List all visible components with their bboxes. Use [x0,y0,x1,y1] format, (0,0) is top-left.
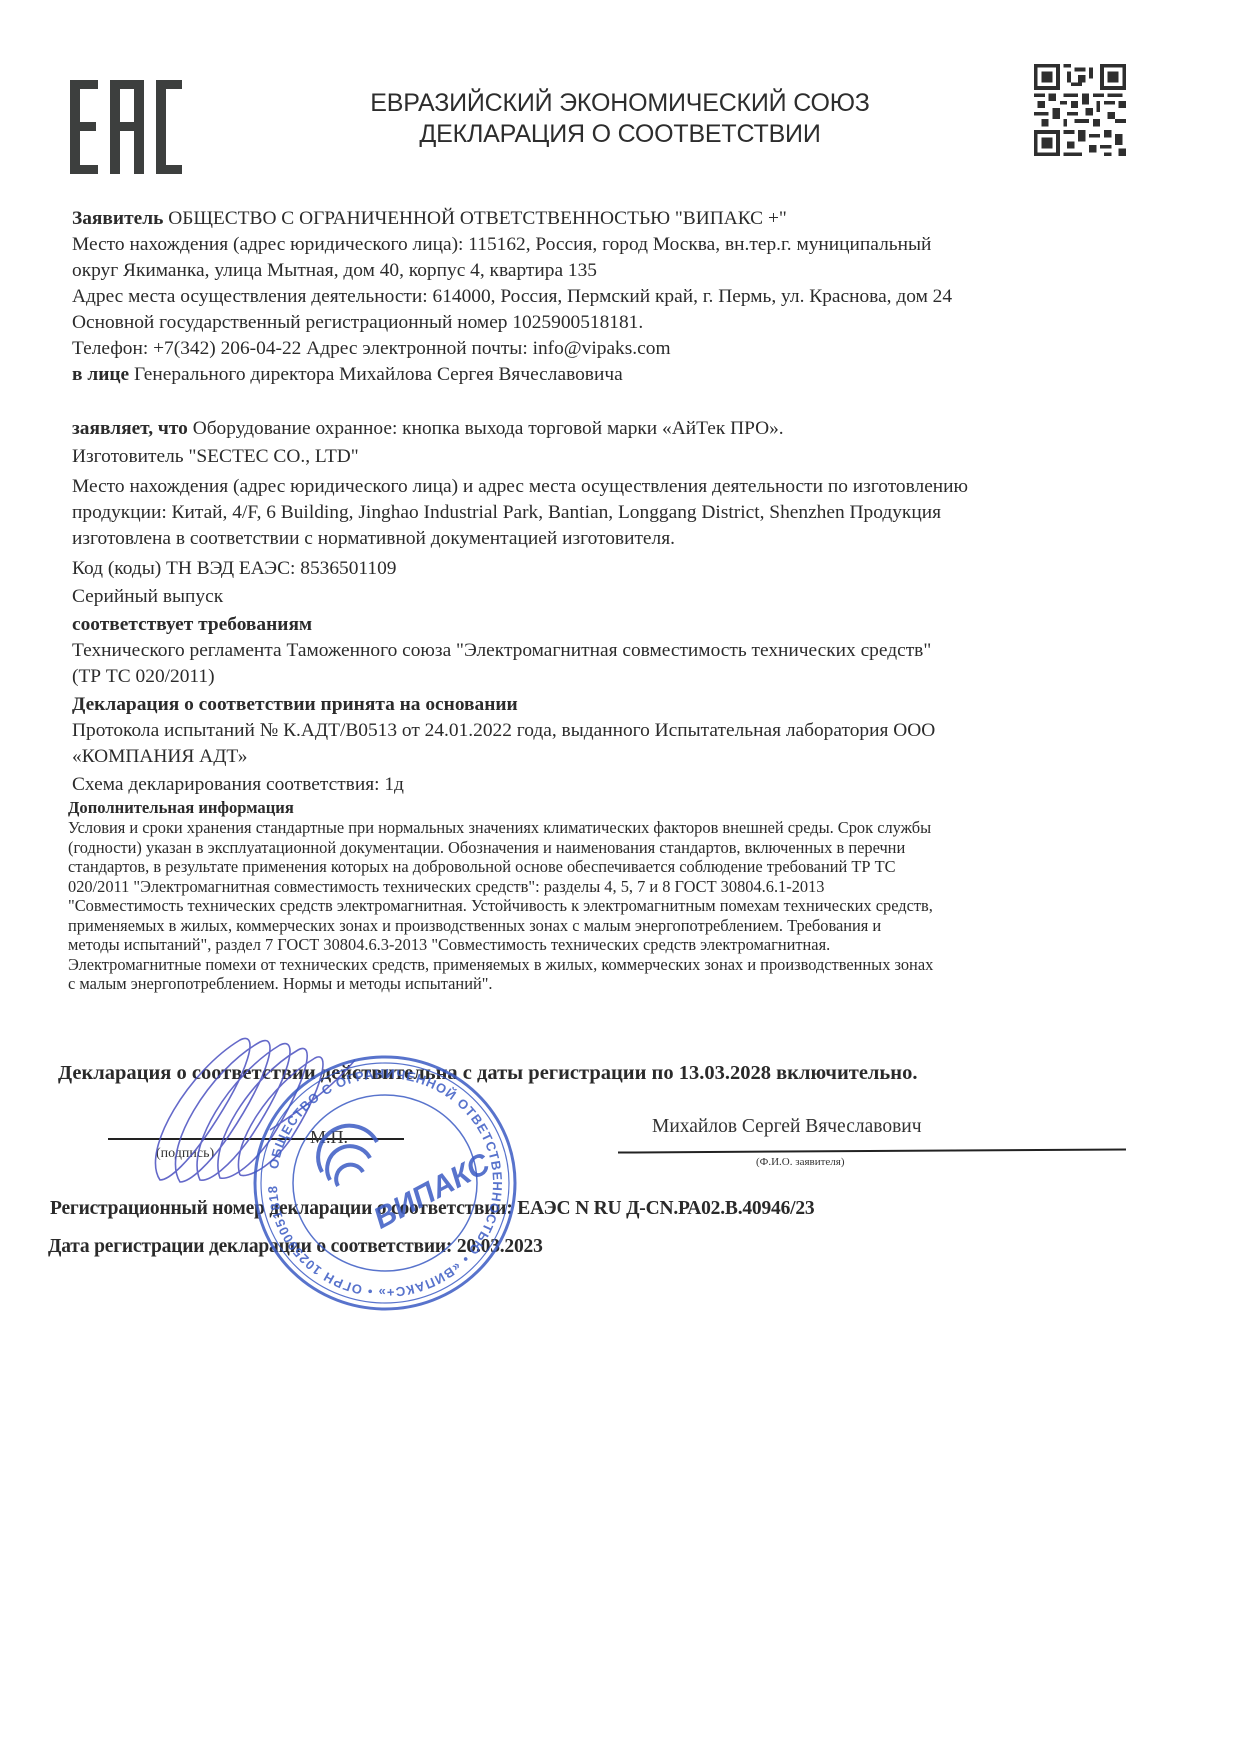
declaration-body: Заявитель ОБЩЕСТВО С ОГРАНИЧЕННОЙ ОТВЕТС… [72,206,1142,994]
additional-info-line: 020/2011 "Электромагнитная совместимость… [68,877,1142,897]
manufacturer: Изготовитель "SECTEC CO., LTD" [72,444,1142,470]
registration-date: Дата регистрации декларации о соответств… [48,1236,543,1258]
applicant-legal-address-2: округ Якиманка, улица Мытная, дом 40, ко… [72,258,1142,284]
applicant-name: ОБЩЕСТВО С ОГРАНИЧЕННОЙ ОТВЕТСТВЕННОСТЬЮ… [163,208,786,229]
applicant-contacts: Телефон: +7(342) 206-04-22 Адрес электро… [72,336,1142,362]
basis-line-1: Протокола испытаний № К.АДТ/В0513 от 24.… [72,718,1142,744]
additional-info-line: с малым энергопотреблением. Нормы и мето… [68,974,1142,994]
applicant-activity-address: Адрес места осуществления деятельности: … [72,284,1142,310]
product-description: Оборудование охранное: кнопка выхода тор… [188,418,784,439]
additional-info-line: Электромагнитные помехи от технических с… [68,955,1142,975]
production-type: Серийный выпуск [72,584,1142,610]
qr-code-icon [1034,64,1126,156]
applicant-line: Заявитель ОБЩЕСТВО С ОГРАНИЧЕННОЙ ОТВЕТС… [72,206,1142,232]
applicant-representative: в лице Генерального директора Михайлова … [72,362,1142,388]
regulation-line-1: Технического регламента Таможенного союз… [72,638,1142,664]
declaration-scheme: Схема декларирования соответствия: 1д [72,772,1142,798]
regulation-line-2: (ТР ТС 020/2011) [72,664,1142,690]
company-stamp-icon: ОБЩЕСТВО С ОГРАНИЧЕННОЙ ОТВЕТСТВЕННОСТЬЮ… [250,1052,520,1314]
union-title: ЕВРАЗИЙСКИЙ ЭКОНОМИЧЕСКИЙ СОЮЗ [260,88,980,119]
additional-info-line: "Совместимость технических средств элект… [68,896,1142,916]
additional-info-line: стандартов, в результате применения кото… [68,857,1142,877]
applicant-signatory-name: Михайлов Сергей Вячеславович [652,1116,922,1138]
registration-number: Регистрационный номер декларации о соотв… [50,1198,814,1220]
document-header: ЕВРАЗИЙСКИЙ ЭКОНОМИЧЕСКИЙ СОЮЗ ДЕКЛАРАЦИ… [260,88,980,150]
represented-by: Генерального директора Михайлова Сергея … [129,364,623,385]
additional-info-line: Условия и сроки хранения стандартные при… [68,818,1142,838]
basis-line-2: «КОМПАНИЯ АДТ» [72,744,1142,770]
declares-line: заявляет, что Оборудование охранное: кно… [72,416,1142,442]
seal-label: М.П. [310,1127,348,1148]
basis-heading: Декларация о соответствии принята на осн… [72,692,1142,718]
tnved-code: Код (коды) ТН ВЭД ЕАЭС: 8536501109 [72,556,1142,582]
signature-caption: (подпись) [156,1146,214,1162]
manufacturer-address-2: продукции: Китай, 4/F, 6 Building, Jingh… [72,500,1142,526]
additional-info-line: методы испытаний", раздел 7 ГОСТ 30804.6… [68,935,1142,955]
document-title: ДЕКЛАРАЦИЯ О СООТВЕТСТВИИ [260,119,980,150]
applicant-legal-address-1: Место нахождения (адрес юридического лиц… [72,232,1142,258]
handwritten-signature-icon [130,1030,360,1190]
declares-label: заявляет, что [72,418,188,439]
manufacturer-address-1: Место нахождения (адрес юридического лиц… [72,474,1142,500]
svg-text:ОБЩЕСТВО С ОГРАНИЧЕННОЙ ОТВЕТС: ОБЩЕСТВО С ОГРАНИЧЕННОЙ ОТВЕТСТВЕННОСТЬЮ… [250,1052,505,1300]
validity-statement: Декларация о соответствии действительна … [58,1062,917,1085]
additional-info-line: применяемых в жилых, коммерческих зонах … [68,916,1142,936]
additional-info-heading: Дополнительная информация [68,798,1142,818]
additional-info-text: Условия и сроки хранения стандартные при… [68,818,1142,994]
name-line [618,1148,1126,1153]
additional-info-line: (годности) указан в эксплуатационной док… [68,838,1142,858]
applicant-ogrn: Основной государственный регистрационный… [72,310,1142,336]
eac-logo [70,80,182,174]
name-caption: (Ф.И.О. заявителя) [756,1156,845,1168]
applicant-label: Заявитель [72,208,163,229]
signature-line [108,1138,404,1140]
manufacturer-address-3: изготовлена в соответствии с нормативной… [72,526,1142,552]
represented-label: в лице [72,364,129,385]
complies-heading: соответствует требованиям [72,612,1142,638]
svg-text:ВИПАКС: ВИПАКС [368,1146,496,1235]
